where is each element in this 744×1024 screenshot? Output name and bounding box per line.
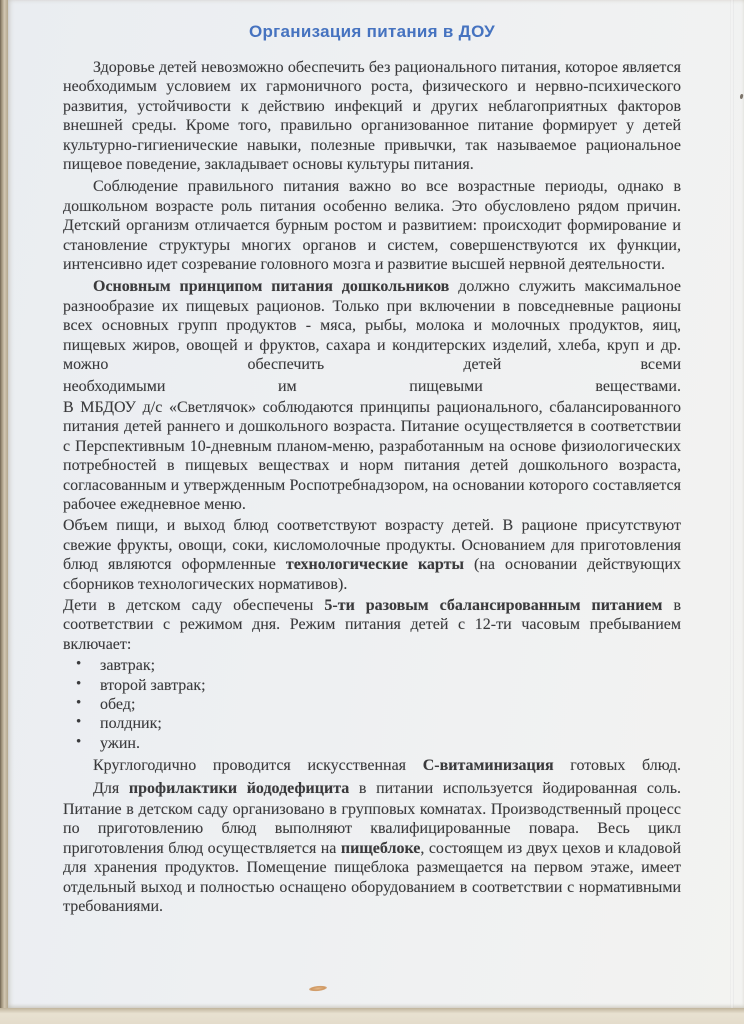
- text-run: Круглогодично проводится искусственная: [93, 757, 423, 774]
- page-content: Организация питания в ДОУ Здоровье детей…: [63, 22, 681, 918]
- list-item-text: обед;: [100, 696, 135, 713]
- paragraph: В МБДОУ д/с «Светлячок» соблюдаются прин…: [63, 398, 681, 514]
- paragraph: Дети в детском саду обеспечены 5-ти разо…: [63, 596, 681, 654]
- paragraph: Основным принципом питания дошкольников …: [63, 277, 681, 374]
- list-item-text: ужин.: [100, 735, 140, 752]
- bold-text-run: профилактики йододефицита: [129, 780, 349, 797]
- text-run: Здоровье детей невозможно обеспечить без…: [63, 59, 681, 173]
- list-item: •завтрак;: [63, 656, 681, 675]
- bullet-icon: •: [76, 675, 81, 694]
- paragraph: необходимыми им пищевыми веществами.: [63, 377, 681, 396]
- paragraph: Соблюдение правильного питания важно во …: [63, 177, 681, 274]
- scanned-page: Организация питания в ДОУ Здоровье детей…: [7, 0, 744, 1008]
- list-item: •полдник;: [63, 714, 681, 733]
- list-item: •второй завтрак;: [63, 676, 681, 695]
- bold-text-run: Основным принципом питания дошкольников: [93, 278, 449, 295]
- text-run: Дети в детском саду обеспечены: [63, 597, 324, 614]
- paper-crease: [730, 0, 734, 1008]
- list-item-text: завтрак;: [100, 657, 155, 674]
- paragraph: Питание в детском саду организовано в гр…: [63, 800, 681, 916]
- paragraph: Круглогодично проводится искусственная С…: [63, 756, 681, 775]
- list-item-text: полдник;: [100, 715, 162, 732]
- bold-text-run: пищеблоке: [341, 840, 421, 857]
- bold-text-run: технологические карты: [286, 556, 464, 573]
- paragraph: Объем пищи, и выход блюд соответствуют в…: [63, 516, 681, 594]
- document-body: Здоровье детей невозможно обеспечить без…: [63, 58, 681, 916]
- page-title: Организация питания в ДОУ: [63, 22, 681, 42]
- text-run: необходимыми им пищевыми веществами.: [63, 378, 681, 395]
- bullet-icon: •: [76, 713, 81, 732]
- text-run: В МБДОУ д/с «Светлячок» соблюдаются прин…: [63, 399, 681, 513]
- list-item: •обед;: [63, 695, 681, 714]
- bold-text-run: С-витаминизация: [423, 757, 554, 774]
- text-run: готовых блюд.: [554, 757, 681, 774]
- scan-left-edge: [0, 0, 8, 1024]
- bold-text-run: 5-ти разовым сбалансированным питанием: [324, 597, 662, 614]
- text-run: в питании используется йодированная соль…: [349, 780, 681, 797]
- list-item-text: второй завтрак;: [100, 677, 206, 694]
- scan-bottom-edge: [0, 1008, 744, 1024]
- bullet-icon: •: [76, 733, 81, 752]
- bullet-icon: •: [76, 655, 81, 674]
- bullet-icon: •: [76, 694, 81, 713]
- list-item: •ужин.: [63, 734, 681, 753]
- paragraph: Для профилактики йододефицита в питании …: [63, 779, 681, 798]
- paragraph: Здоровье детей невозможно обеспечить без…: [63, 58, 681, 174]
- ink-speck: [739, 94, 743, 100]
- text-run: Соблюдение правильного питания важно во …: [63, 178, 681, 273]
- text-run: Для: [93, 780, 129, 797]
